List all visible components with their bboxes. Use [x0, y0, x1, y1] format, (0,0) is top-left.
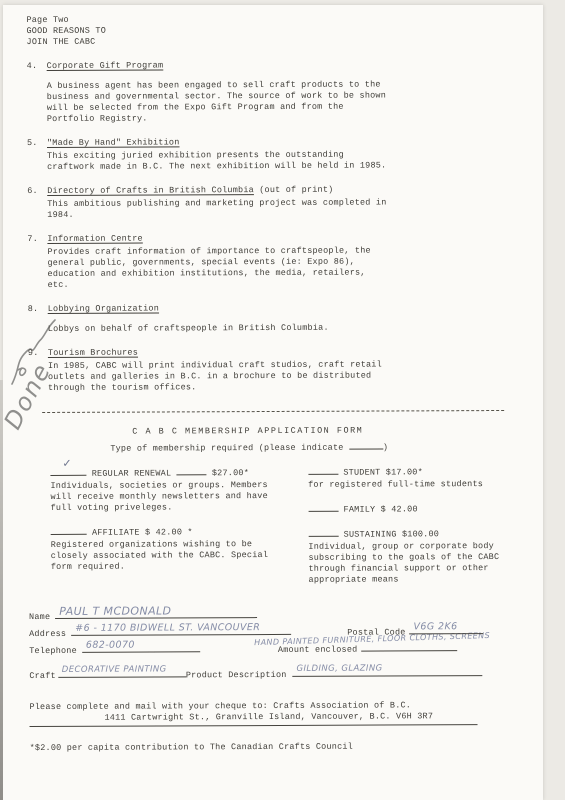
- handwritten-checkmark: ✓: [62, 458, 72, 469]
- product-description-label: Product Description: [186, 670, 287, 681]
- postal-code-handwriting: V6G 2K6: [413, 621, 457, 632]
- address-field: #6 - 1170 BIDWELL ST. VANCOUVER: [71, 625, 291, 636]
- sustaining-blank-line: [308, 529, 338, 537]
- indicate-blank-line: [349, 442, 383, 450]
- craft-field: DECORATIVE PAINTING: [58, 667, 186, 678]
- item-body: Lobbys on behalf of craftspeople in Brit…: [48, 322, 390, 334]
- reason-item-5: 5. "Made By Hand" Exhibition This exciti…: [27, 136, 529, 173]
- membership-options: ✓ REGULAR RENEWAL $27.00* Individuals, s…: [28, 466, 531, 587]
- item-title: Directory of Crafts in British Columbia: [47, 185, 254, 196]
- option-student: STUDENT $17.00* for registered full-time…: [308, 466, 530, 491]
- item-title-suffix: (out of print): [254, 185, 334, 195]
- address-label: Address: [29, 629, 66, 640]
- form-title: C A B C MEMBERSHIP APPLICATION FORM: [132, 425, 530, 438]
- option-family: FAMILY $ 42.00: [308, 503, 530, 516]
- item-number: 8.: [28, 304, 48, 335]
- option-sustaining: SUSTAINING $100.00 Individual, group or …: [308, 528, 531, 586]
- item-title: Corporate Gift Program: [47, 60, 164, 71]
- header-line: JOIN THE CABC: [27, 35, 529, 48]
- item-title: Tourism Brochures: [48, 348, 138, 358]
- affiliate-label: AFFILIATE $ 42.00 *: [92, 527, 193, 537]
- item-number: 9.: [28, 348, 48, 394]
- sustaining-label: SUSTAINING $100.00: [344, 529, 439, 539]
- reason-item-8: 8. Lobbying Organization Lobbys on behal…: [28, 302, 530, 335]
- item-title: Information Centre: [47, 234, 142, 244]
- item-body: In 1985, CABC will print individual craf…: [48, 359, 390, 393]
- applicant-fields: HAND PAINTED FURNITURE, FLOOR CLOTHS, SC…: [29, 607, 531, 682]
- scanned-page: Done Page Two GOOD REASONS TO JOIN THE C…: [0, 0, 565, 800]
- per-capita-note: *$2.00 per capita contribution to The Ca…: [30, 741, 532, 754]
- amount-enclosed-field: [361, 641, 457, 651]
- reason-item-6: 6. Directory of Crafts in British Columb…: [27, 184, 529, 221]
- name-handwriting: PAUL T MCDONALD: [59, 605, 171, 616]
- name-label: Name: [29, 612, 50, 623]
- telephone-handwriting: 682-0070: [86, 640, 135, 651]
- regular-desc: Individuals, societies or groups. Member…: [50, 480, 294, 514]
- family-label: FAMILY $ 42.00: [344, 504, 418, 514]
- item-number: 7.: [27, 234, 47, 291]
- affiliate-desc: Registered organizations wishing to be c…: [51, 539, 295, 573]
- craft-handwriting: DECORATIVE PAINTING: [62, 664, 167, 675]
- affiliate-blank-line: [51, 527, 87, 535]
- option-regular: ✓ REGULAR RENEWAL $27.00* Individuals, s…: [50, 467, 294, 514]
- craft-row: Craft DECORATIVE PAINTING Product Descri…: [29, 666, 531, 682]
- regular-label: REGULAR RENEWAL: [92, 468, 172, 478]
- item-title: Lobbying Organization: [48, 303, 159, 313]
- item-body: This exciting juried exhibition presents…: [47, 149, 389, 172]
- name-field: PAUL T MCDONALD: [55, 608, 257, 619]
- telephone-field: 682-0070: [82, 642, 200, 653]
- postal-code-field: V6G 2K6: [410, 624, 484, 634]
- dashed-separator: [42, 410, 504, 413]
- student-desc: for registered full-time students: [308, 479, 530, 491]
- item-number: 4.: [27, 61, 47, 125]
- page-header: Page Two GOOD REASONS TO JOIN THE CABC: [26, 13, 528, 48]
- family-blank-line: [308, 504, 338, 512]
- reason-item-9: 9. Tourism Brochures In 1985, CABC will …: [28, 346, 530, 394]
- item-body: A business agent has been engaged to sel…: [47, 79, 389, 124]
- reason-item-7: 7. Information Centre Provides craft inf…: [27, 232, 529, 291]
- renewal-blank-line: [177, 467, 207, 475]
- item-number: 5.: [27, 138, 47, 173]
- item-body: This ambitious publishing and marketing …: [47, 197, 389, 220]
- craft-label: Craft: [29, 671, 56, 682]
- membership-type-prompt: Type of membership required (please indi…: [110, 441, 530, 455]
- product-description-field: GILDING, GLAZING: [293, 666, 483, 677]
- telephone-label: Telephone: [29, 646, 77, 657]
- regular-price: $27.00*: [212, 468, 249, 478]
- item-number: 6.: [27, 186, 47, 221]
- product-description-handwriting-line2: GILDING, GLAZING: [296, 664, 382, 675]
- document-content: Page Two GOOD REASONS TO JOIN THE CABC 4…: [0, 0, 542, 754]
- item-body: Provides craft information of importance…: [47, 245, 389, 290]
- item-title: "Made By Hand" Exhibition: [47, 137, 180, 148]
- mailing-instruction-line2: 1411 Cartwright St., Granville Island, V…: [29, 711, 477, 727]
- student-blank-line: [308, 467, 338, 475]
- sustaining-desc: Individual, group or corporate body subs…: [308, 541, 531, 586]
- student-label: STUDENT $17.00*: [343, 467, 423, 477]
- address-handwriting: #6 - 1170 BIDWELL ST. VANCOUVER: [75, 622, 260, 634]
- option-affiliate: AFFILIATE $ 42.00 * Registered organizat…: [51, 526, 295, 573]
- reason-item-4: 4. Corporate Gift Program A business age…: [27, 59, 529, 125]
